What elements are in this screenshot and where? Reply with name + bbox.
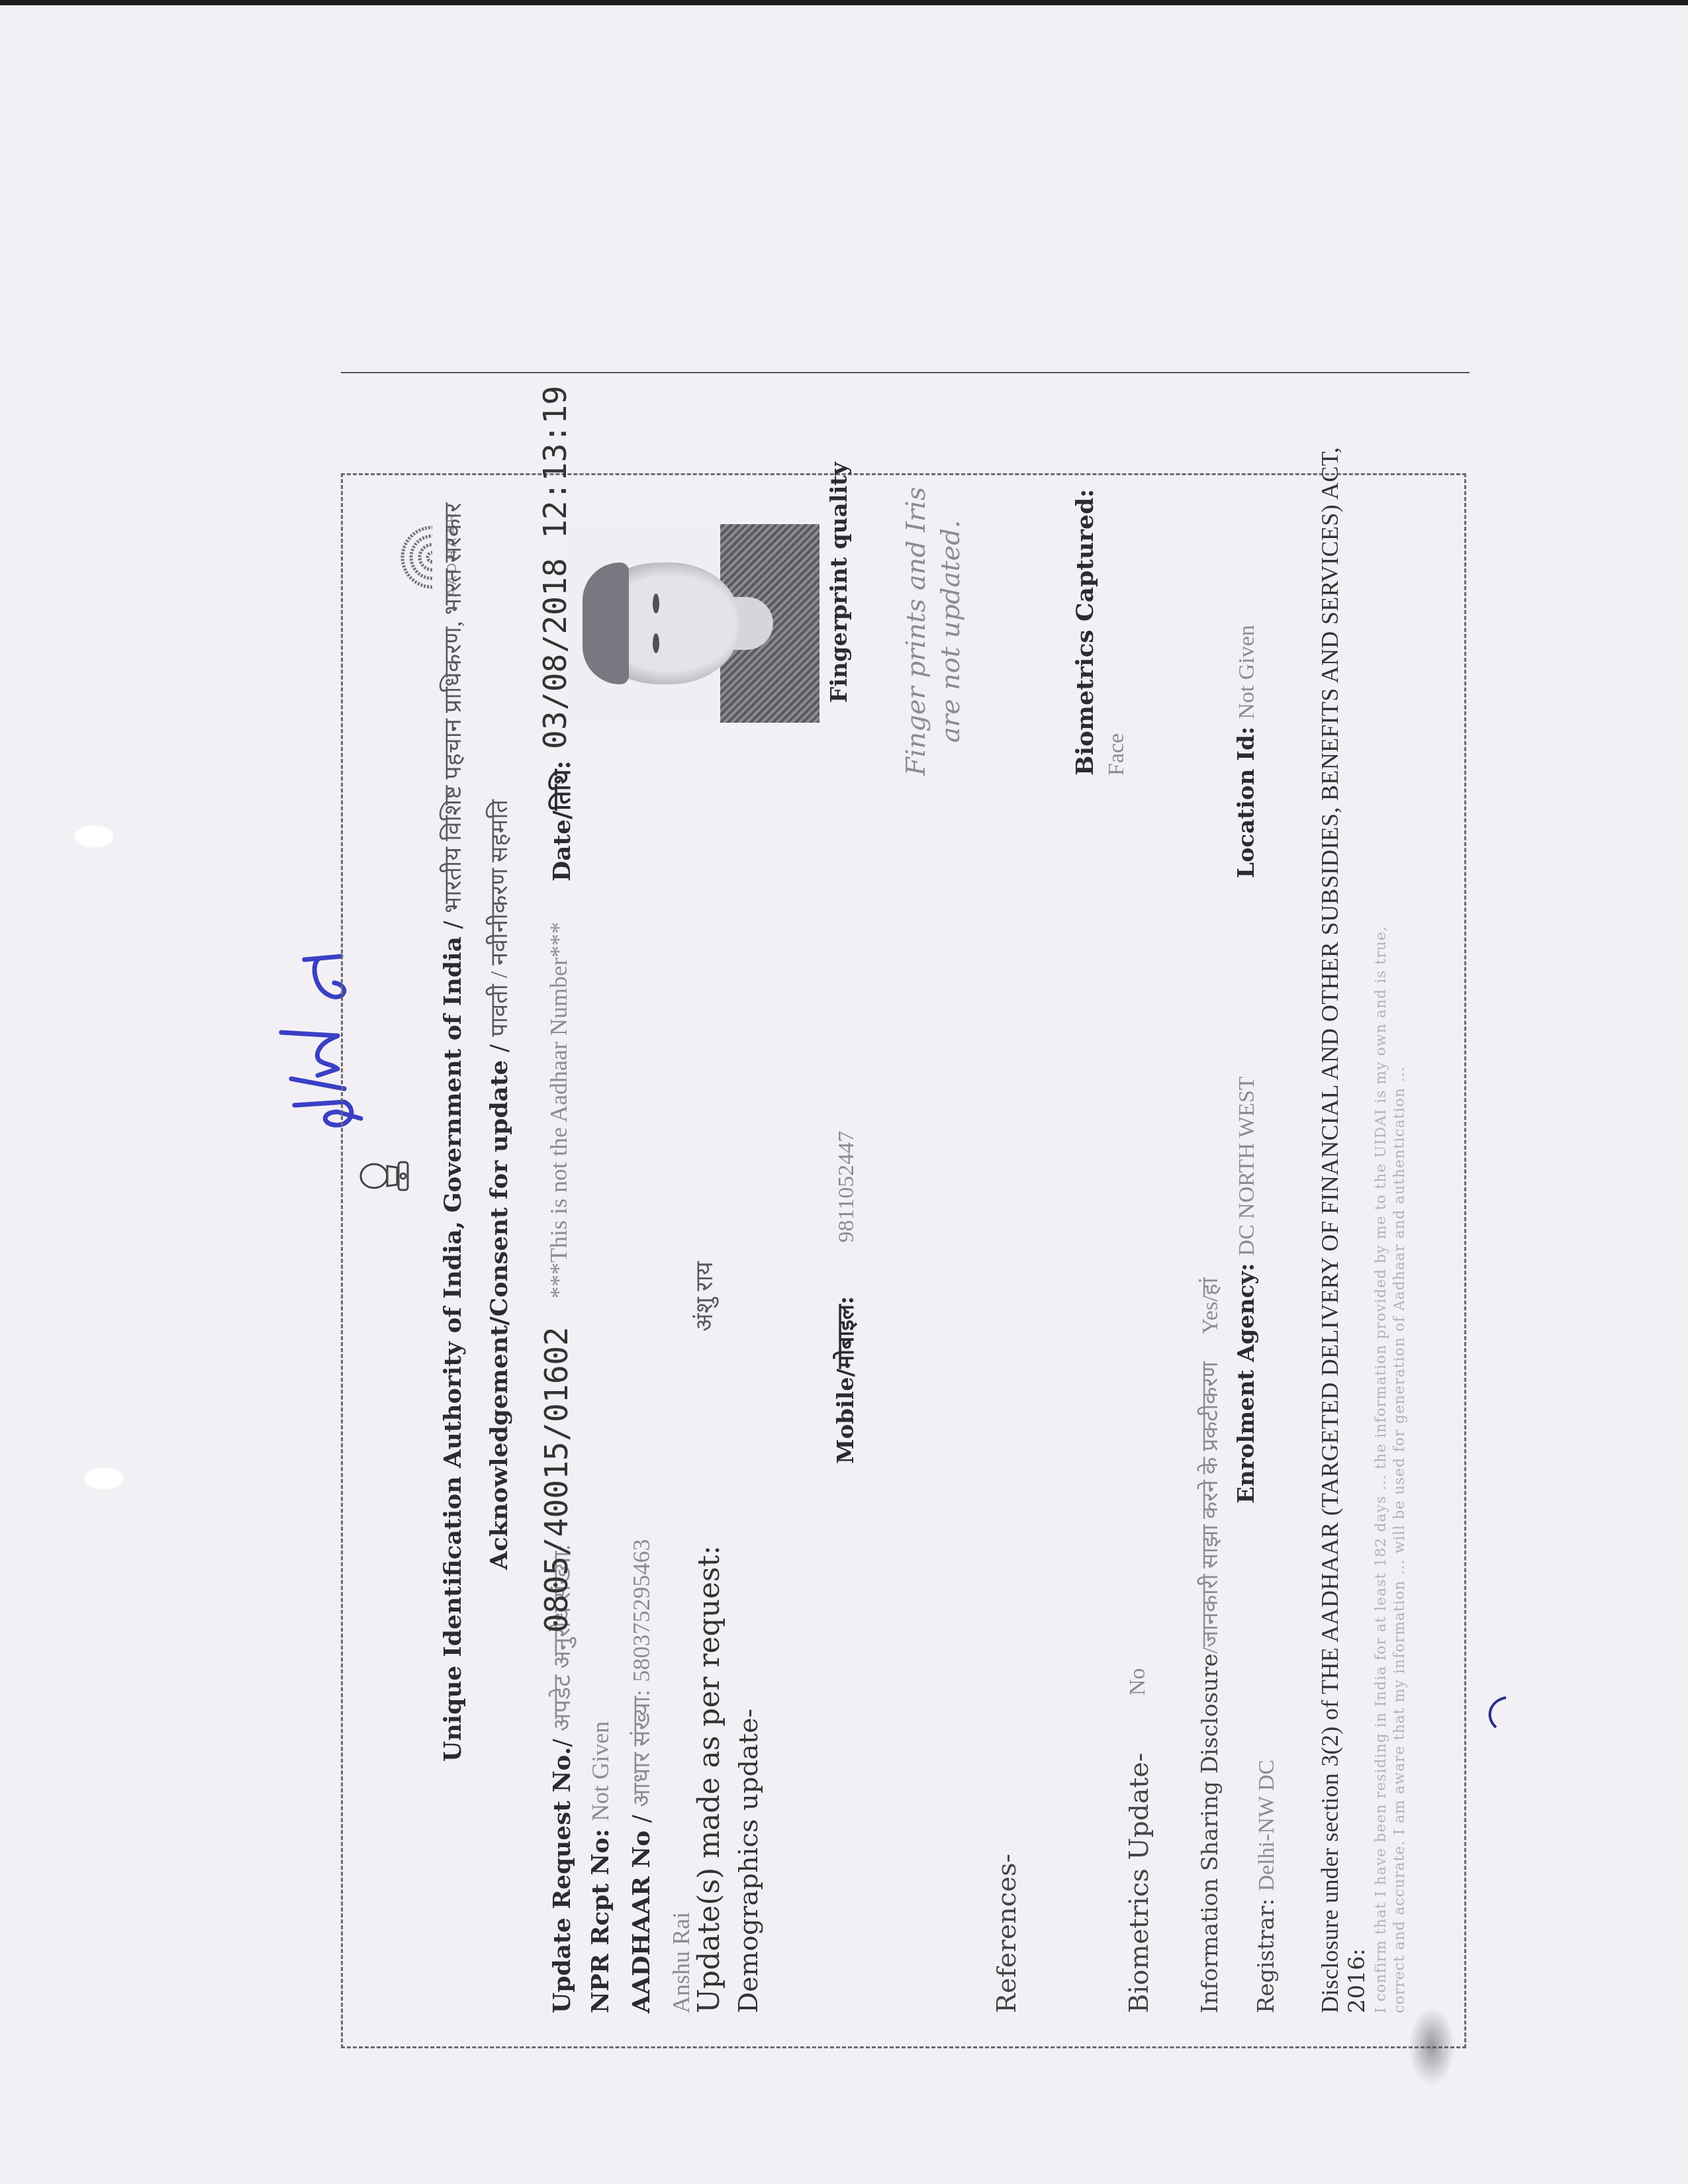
registrar-value: Delhi-NW DC <box>1254 1760 1279 1891</box>
location-value: Not Given <box>1235 625 1259 719</box>
thumbprint-stamp <box>1409 2007 1455 2086</box>
info-sharing-value: Yes/हां <box>1198 1278 1223 1335</box>
aadhaar-label-hi: आधार संख्या: <box>628 1690 655 1807</box>
photo-caption: Fingerprint quality <box>826 462 853 703</box>
enrolment-agency-row: Enrolment Agency: DC NORTH WEST <box>1233 1076 1260 1504</box>
disclosure-fineprint-1: I confirm that I have been residing in I… <box>1373 926 1389 2013</box>
biometrics-note-line2: are not updated. <box>933 487 968 776</box>
enrolment-agency-value: DC NORTH WEST <box>1235 1076 1259 1255</box>
biometrics-captured-value: Face <box>1104 733 1129 776</box>
header-title: Unique Identification Authority of India… <box>436 503 468 1762</box>
disclosure-heading: Disclosure under section 3(2) of THE AAD… <box>1316 447 1344 2013</box>
biometrics-update-label: Biometrics Update- <box>1124 1752 1154 2013</box>
location-label: Location Id: <box>1233 727 1260 878</box>
aadhaar-number: 580375295463 <box>628 1539 655 1682</box>
scan-edge <box>0 0 1688 5</box>
header-separator: / <box>440 921 467 929</box>
enrolment-agency-label: Enrolment Agency: <box>1233 1263 1260 1504</box>
demographics-label: Demographics update- <box>733 1709 764 2013</box>
location-row: Location Id: Not Given <box>1233 625 1260 878</box>
npr-label: NPR Rcpt No: <box>586 1829 614 2013</box>
mobile-row: Mobile/मोबाइल: 9811052447 <box>829 1131 860 1464</box>
biometrics-note-line1: Finger prints and Iris <box>899 487 933 776</box>
punch-hole-bottom <box>83 1466 125 1491</box>
header-subtitle-separator: / <box>486 1044 513 1052</box>
info-sharing-label-hi: /जानकारी साझा करने के प्रकटीकरण <box>1198 1361 1223 1653</box>
update-request-label-en: Update Request No. <box>548 1747 576 2013</box>
header-title-hi: भारतीय विशिष्ट पहचान प्राधिकरण, भारत सरक… <box>440 503 466 913</box>
photo-eye-left <box>653 633 659 653</box>
header-title-en: Unique Identification Authority of India… <box>439 936 467 1762</box>
header-subtitle-hi: पावती / नवीनीकरण सहमति <box>486 799 512 1036</box>
resident-name-en: Anshu Rai <box>667 1912 695 2013</box>
biometrics-note: Finger prints and Iris are not updated. <box>899 487 968 776</box>
npr-value: Not Given <box>587 1721 614 1821</box>
npr-row: NPR Rcpt No: Not Given <box>586 1721 614 2013</box>
mobile-label: Mobile/मोबाइल: <box>833 1296 859 1464</box>
punch-hole-top <box>73 824 115 849</box>
update-request-number: 0805/40015/01602 <box>538 1327 575 1633</box>
disclosure-fineprint-2: correct and accurate. I am aware that my… <box>1391 1066 1408 2013</box>
info-sharing-row: Information Sharing Disclosure/जानकारी स… <box>1194 1278 1224 2013</box>
acknowledgement-form: AADHAAR Unique Identification Authority … <box>341 473 1466 2048</box>
aadhaar-fingerprint-icon <box>369 518 442 597</box>
not-aadhaar-note: ***This is not the Aadhaar Number*** <box>545 922 573 1298</box>
registrar-label: Registrar: <box>1253 1898 1280 2013</box>
aadhaar-label-en: AADHAAR No <box>628 1831 655 2013</box>
biometrics-update-value: No <box>1125 1668 1150 1696</box>
resident-photo <box>568 524 820 723</box>
disclosure-year: 2016: <box>1344 1948 1370 2013</box>
biometrics-captured-label: Biometrics Captured: <box>1071 489 1099 776</box>
cut-line <box>341 372 1470 373</box>
photo-hair <box>583 563 629 684</box>
national-emblem-icon <box>357 1153 417 1199</box>
registrar-row: Registrar: Delhi-NW DC <box>1253 1760 1280 2013</box>
date-label: Date/तिथि: <box>545 760 577 882</box>
mobile-value: 9811052447 <box>834 1131 859 1243</box>
resident-name-hi: अंशु राय <box>687 1261 720 1332</box>
info-sharing-label-en: Information Sharing Disclosure <box>1197 1653 1223 2013</box>
update-request-separator: / <box>549 1739 576 1747</box>
pen-mark <box>1479 1694 1519 1734</box>
updates-heading: Update(s) made as per request: <box>692 1545 726 2013</box>
header-subtitle: Acknowledgement/Consent for update / पाव… <box>482 799 514 1570</box>
photo-eye-right <box>653 594 659 614</box>
aadhaar-row: AADHAAR No / आधार संख्या: 580375295463 <box>624 1539 657 2013</box>
aadhaar-separator: / <box>628 1815 655 1823</box>
references-label: References- <box>992 1854 1022 2013</box>
header-subtitle-en: Acknowledgement/Consent for update <box>485 1060 513 1570</box>
